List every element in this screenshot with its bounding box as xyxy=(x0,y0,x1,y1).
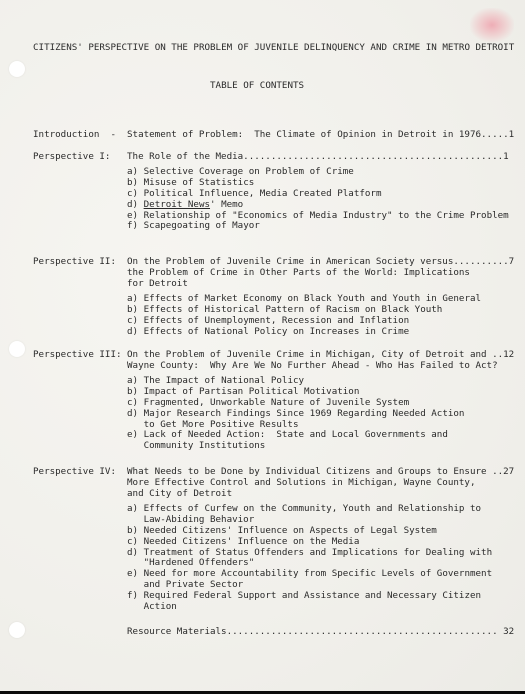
perspective-4-title-line2: More Effective Control and Solutions in … xyxy=(127,477,475,488)
perspective-2-title-line3: for Detroit xyxy=(127,278,188,289)
resource-materials-entry: Resource Materials......................… xyxy=(127,626,514,637)
document-page: CITIZENS' PERSPECTIVE ON THE PROBLEM OF … xyxy=(0,0,525,691)
intro-label: Introduction - xyxy=(33,129,116,140)
perspective-1-items: a) Selective Coverage on Problem of Crim… xyxy=(127,167,509,232)
perspective-3-title-line2: Wayne County: Why Are We No Further Ahea… xyxy=(127,360,498,371)
punch-hole-bottom xyxy=(9,622,25,638)
perspective-1-label: Perspective I: xyxy=(33,151,110,162)
underlined-title: Detroit News xyxy=(144,199,210,210)
perspective-4-label: Perspective IV: xyxy=(33,466,116,477)
document-title: CITIZENS' PERSPECTIVE ON THE PROBLEM OF … xyxy=(33,42,514,53)
pink-stain xyxy=(470,8,514,42)
perspective-2-items: a) Effects of Market Economy on Black Yo… xyxy=(127,294,481,338)
intro-entry: Statement of Problem: The Climate of Opi… xyxy=(127,129,514,140)
punch-hole-top xyxy=(9,61,25,77)
list-item-continuation: Community Institutions xyxy=(127,441,464,452)
perspective-4-title-line1: What Needs to be Done by Individual Citi… xyxy=(127,466,514,477)
perspective-2-title-line1: On the Problem of Juvenile Crime in Amer… xyxy=(127,256,514,267)
toc-heading: TABLE OF CONTENTS xyxy=(210,80,304,91)
perspective-3-items: a) The Impact of National Policy b) Impa… xyxy=(127,376,464,452)
list-item: d) Effects of National Policy on Increas… xyxy=(127,327,481,338)
perspective-1-title: The Role of the Media...................… xyxy=(127,151,509,162)
perspective-2-title-line2: the Problem of Crime in Other Parts of t… xyxy=(127,267,470,278)
perspective-2-label: Perspective II: xyxy=(33,256,116,267)
perspective-3-label: Perspective III: xyxy=(33,349,122,360)
perspective-4-title-line3: and City of Detroit xyxy=(127,488,232,499)
punch-hole-middle xyxy=(9,341,25,357)
list-item-continuation: Action xyxy=(127,602,492,613)
list-item: f) Scapegoating of Mayor xyxy=(127,221,509,232)
perspective-4-items: a) Effects of Curfew on the Community, Y… xyxy=(127,504,492,613)
perspective-3-title-line1: On the Problem of Juvenile Crime in Mich… xyxy=(127,349,514,360)
list-item: f) Required Federal Support and Assistan… xyxy=(127,591,492,602)
